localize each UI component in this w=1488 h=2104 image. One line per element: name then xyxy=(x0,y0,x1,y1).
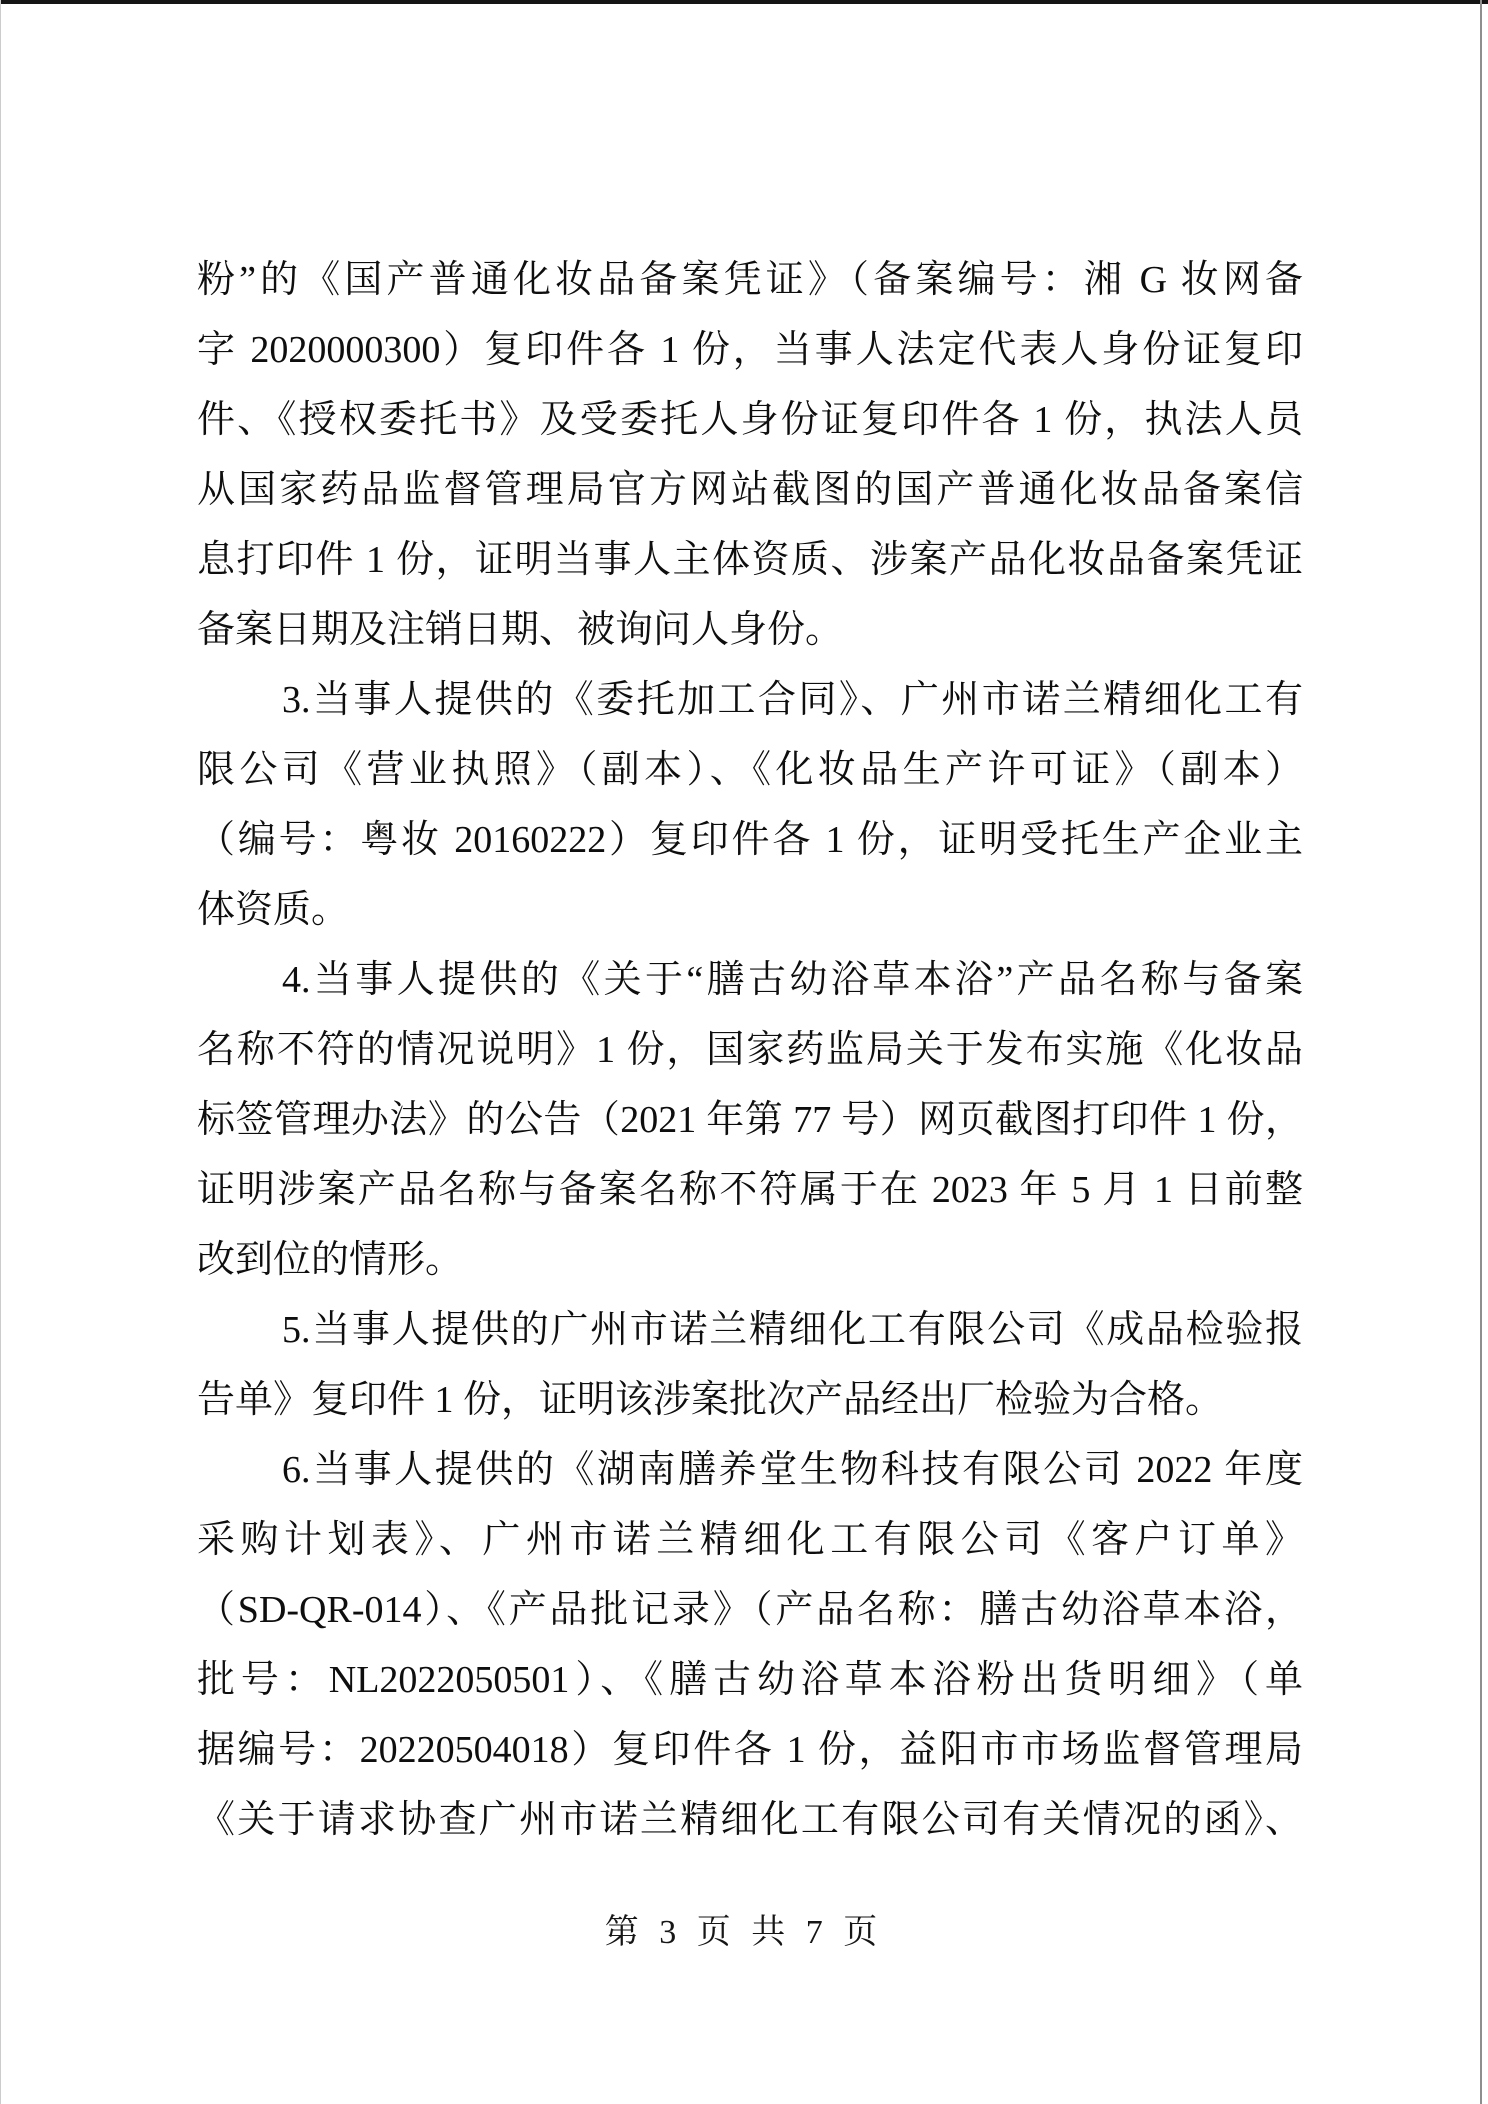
text-line: 件、《授权委托书》及受委托人身份证复印件各 1 份，执法人员 xyxy=(197,385,1303,455)
text-line: 从国家药品监督管理局官方网站截图的国产普通化妆品备案信 xyxy=(197,455,1303,525)
text-line: 限公司《营业执照》（副本）、《化妆品生产许可证》（副本） xyxy=(197,735,1303,805)
text-line: 3.当事人提供的《委托加工合同》、广州市诺兰精细化工有 xyxy=(197,665,1303,735)
page-footer: 第 3 页 共 7 页 xyxy=(0,1898,1488,1968)
text-line: 证明涉案产品名称与备案名称不符属于在 2023 年 5 月 1 日前整 xyxy=(197,1155,1303,1225)
text-line: 批号：NL2022050501）、《膳古幼浴草本浴粉出货明细》（单 xyxy=(197,1645,1303,1715)
scan-edge-left xyxy=(0,0,1,2104)
text-line: 备案日期及注销日期、被询问人身份。 xyxy=(197,595,1303,665)
text-line: （编号：粤妆 20160222）复印件各 1 份，证明受托生产企业主 xyxy=(197,805,1303,875)
text-line: 采购计划表》、广州市诺兰精细化工有限公司《客户订单》 xyxy=(197,1505,1303,1575)
scan-edge-top xyxy=(0,0,1488,4)
text-line: 粉”的《国产普通化妆品备案凭证》（备案编号：湘 G 妆网备 xyxy=(197,245,1303,315)
text-line: 息打印件 1 份，证明当事人主体资质、涉案产品化妆品备案凭证 xyxy=(197,525,1303,595)
text-line: 字 2020000300）复印件各 1 份，当事人法定代表人身份证复印 xyxy=(197,315,1303,385)
text-line: 告单》复印件 1 份，证明该涉案批次产品经出厂检验为合格。 xyxy=(197,1365,1303,1435)
text-line: （SD-QR-014）、《产品批记录》（产品名称：膳古幼浴草本浴， xyxy=(197,1575,1303,1645)
document-body-text: 粉”的《国产普通化妆品备案凭证》（备案编号：湘 G 妆网备 字 20200003… xyxy=(197,245,1303,1855)
text-line: 名称不符的情况说明》1 份，国家药监局关于发布实施《化妆品 xyxy=(197,1015,1303,1085)
scanned-document-page: { "page": { "lines": [ {"text": "粉”的《国产普… xyxy=(0,0,1488,2104)
text-line: 标签管理办法》的公告（2021 年第 77 号）网页截图打印件 1 份， xyxy=(197,1085,1303,1155)
text-line: 5.当事人提供的广州市诺兰精细化工有限公司《成品检验报 xyxy=(197,1295,1303,1365)
text-line: 《关于请求协查广州市诺兰精细化工有限公司有关情况的函》、 xyxy=(197,1785,1303,1855)
scan-edge-right xyxy=(1480,0,1482,2104)
text-line: 据编号：20220504018）复印件各 1 份，益阳市市场监督管理局 xyxy=(197,1715,1303,1785)
text-line: 体资质。 xyxy=(197,875,1303,945)
text-line: 6.当事人提供的《湖南膳养堂生物科技有限公司 2022 年度 xyxy=(197,1435,1303,1505)
text-line: 改到位的情形。 xyxy=(197,1225,1303,1295)
text-line: 4.当事人提供的《关于“膳古幼浴草本浴”产品名称与备案 xyxy=(197,945,1303,1015)
